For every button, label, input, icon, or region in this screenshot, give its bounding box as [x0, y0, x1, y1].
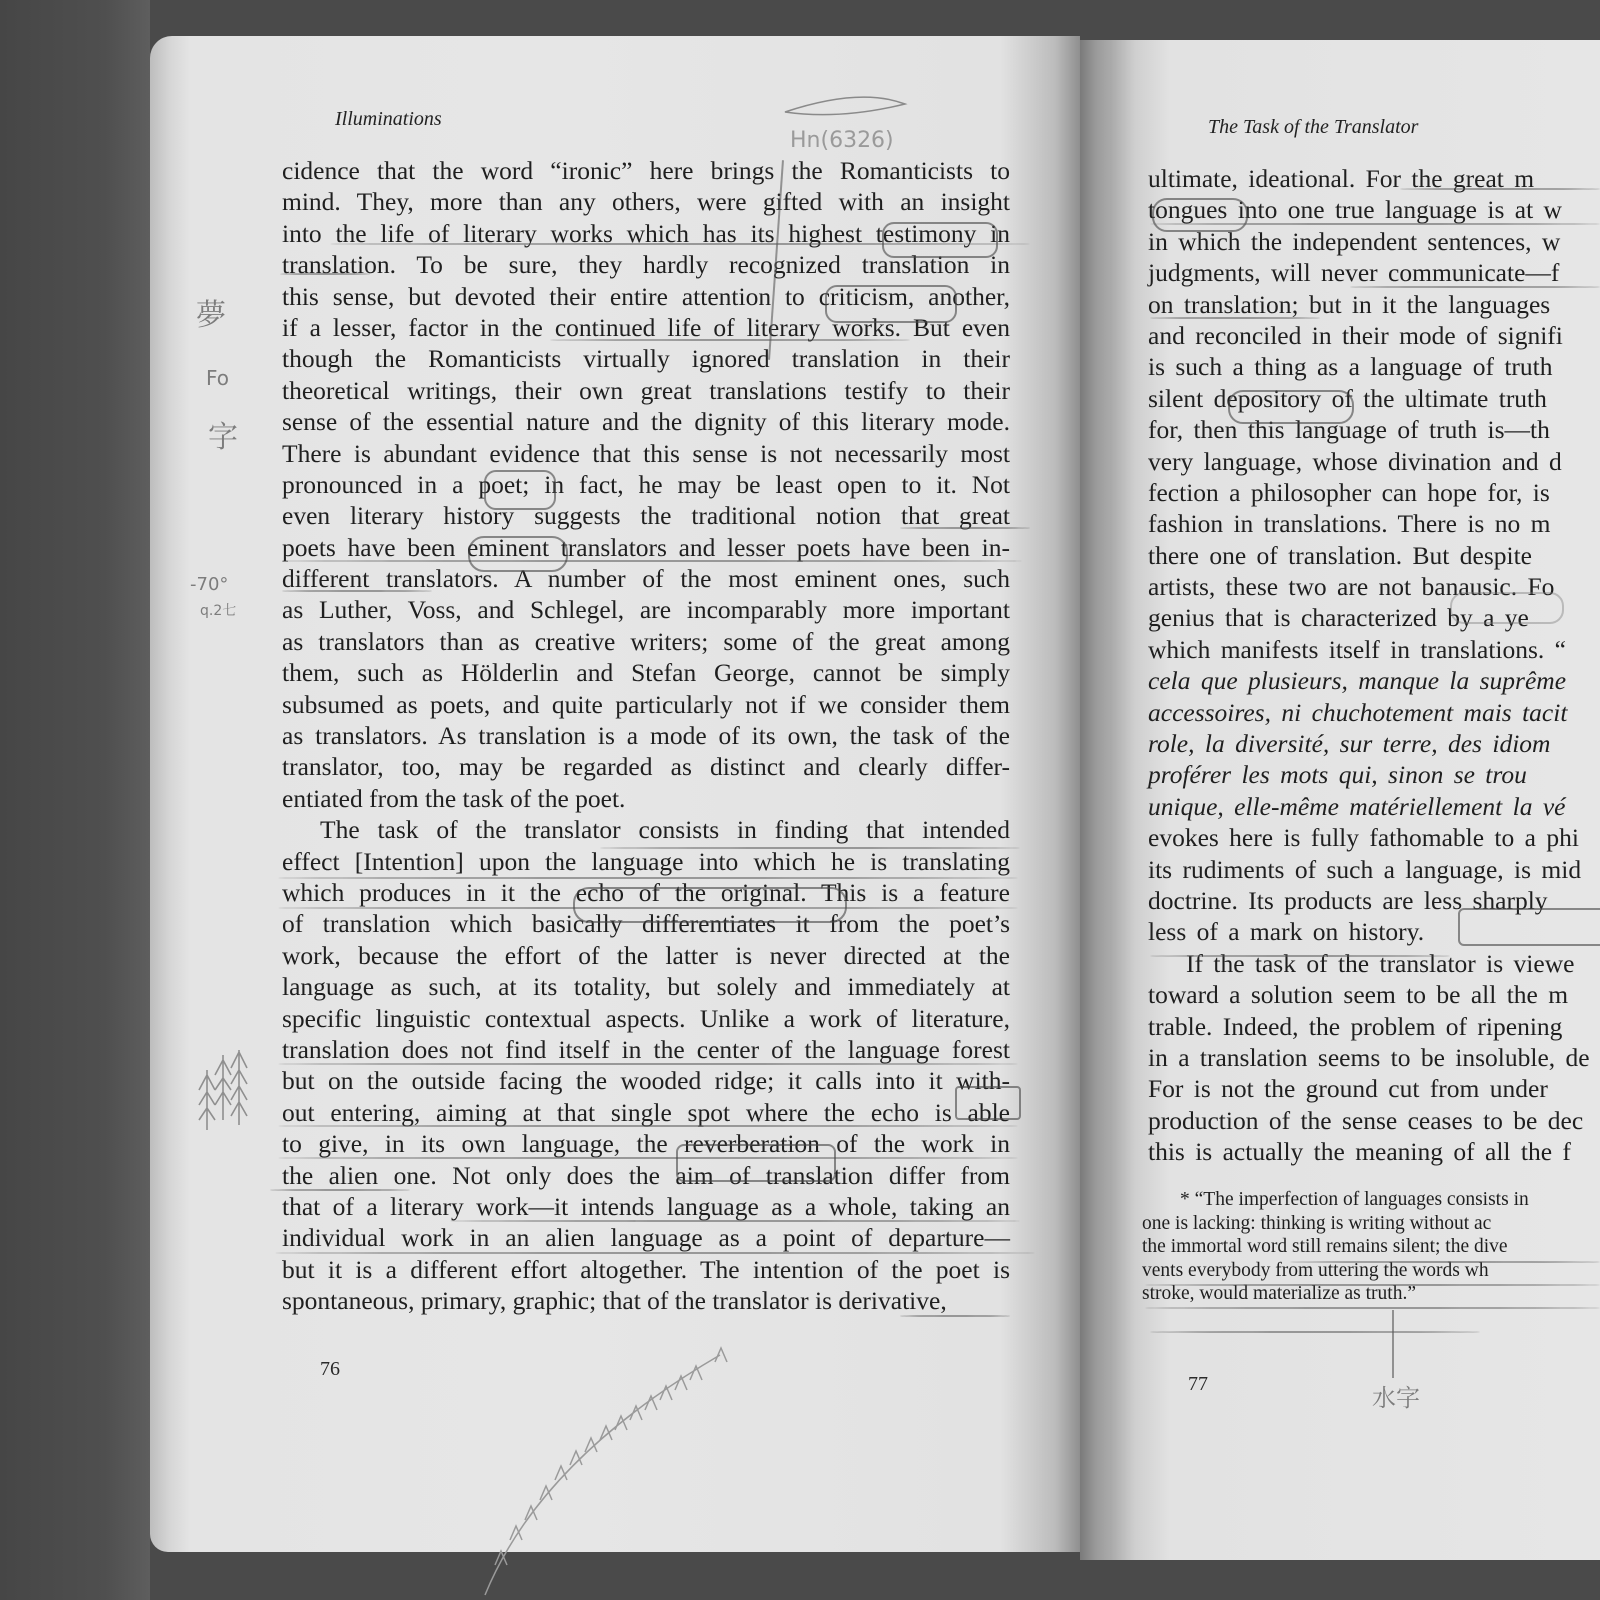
text-line: language as such, at its totality, but s… [282, 971, 1010, 1002]
text-line: and reconciled in their mode of signifi [1148, 320, 1600, 351]
pencil-underline [1400, 188, 1600, 190]
pencil-underline [1145, 1307, 1600, 1309]
text-line: The task of the translator consists in f… [282, 814, 1010, 845]
pencil-box-less-sharply [1458, 908, 1600, 946]
text-line: theoretical writings, their own great tr… [282, 375, 1010, 406]
pencil-underline [1150, 955, 1450, 957]
pencil-circle-echo [573, 887, 847, 923]
text-line: there one of translation. But despite [1148, 540, 1600, 571]
text-line: spontaneous, primary, graphic; that of t… [282, 1285, 1010, 1316]
text-line: proférer les mots qui, sinon se trou [1148, 759, 1600, 790]
margin-note-bottom-right: 水字 [1372, 1378, 1420, 1413]
pencil-underline [278, 1157, 1018, 1159]
text-line: out entering, aiming at that single spot… [282, 1097, 1010, 1128]
left-running-head: Illuminations [335, 108, 442, 131]
pencil-underline [1145, 1284, 1600, 1286]
text-line: that of a literary work—it intends langu… [282, 1191, 1010, 1222]
text-line: very language, whose divination and d [1148, 446, 1600, 477]
pencil-underline [1150, 223, 1600, 225]
pencil-underline [278, 877, 1018, 879]
text-line: If the task of the translator is viewe [1148, 948, 1600, 979]
text-line: this is actually the meaning of all the … [1148, 1136, 1600, 1167]
text-line: as Luther, Voss, and Schlegel, are incom… [282, 594, 1010, 625]
right-page-text: ultimate, ideational. For the great mton… [1148, 163, 1600, 1168]
text-line: as translators. As translation is a mode… [282, 720, 1010, 751]
pencil-circle-eminent [468, 536, 568, 572]
text-line: judgments, will never communicate—f [1148, 257, 1600, 288]
pencil-circle-testimony [882, 222, 998, 258]
margin-note-1: 夢 [196, 290, 226, 334]
text-line: There is abundant evidence that this sen… [282, 438, 1010, 469]
pencil-trees-margin-icon [195, 1040, 255, 1150]
text-line: unique, elle-même matériellement la vé [1148, 791, 1600, 822]
text-line: entiated from the task of the poet. [282, 783, 1010, 814]
right-page-footnote: * “The imperfection of languages consist… [1142, 1188, 1600, 1306]
pencil-underline [900, 1315, 1010, 1317]
text-line: production of the sense ceases to be dec [1148, 1105, 1600, 1136]
text-line: accessoires, ni chuchotement mais tacit [1148, 697, 1600, 728]
text-line: subsumed as poets, and quite particularl… [282, 689, 1010, 720]
pencil-circle-banausic [1450, 592, 1564, 624]
text-line: toward a solution seem to be all the m [1148, 979, 1600, 1010]
text-line: its rudiments of such a language, is mid [1148, 854, 1600, 885]
pencil-underline [450, 1220, 1020, 1222]
text-line: cela que plusieurs, manque la suprême [1148, 665, 1600, 696]
pencil-underline [550, 339, 910, 341]
text-line: for, then this language of truth is—th [1148, 414, 1600, 445]
text-line: evokes here is fully fathomable to a phi [1148, 822, 1600, 853]
text-line: in a translation seems to be insoluble, … [1148, 1042, 1600, 1073]
margin-note-2: Fo [206, 366, 229, 390]
text-line: translation does not find itself in the … [282, 1034, 1010, 1065]
pencil-circle-criticism [825, 285, 957, 323]
pencil-sketch-top-icon: Hn(6326) [780, 92, 980, 152]
left-page-number: 76 [320, 1358, 340, 1381]
margin-note-3: 字 [208, 412, 238, 456]
text-line: translator, too, may be regarded as dist… [282, 751, 1010, 782]
text-line: but it is a different effort altogether.… [282, 1254, 1010, 1285]
text-line: work, because the effort of the latter i… [282, 940, 1010, 971]
text-line: which manifests itself in translations. … [1148, 634, 1600, 665]
pencil-underline [282, 590, 432, 592]
text-line: fashion in translations. There is no m [1148, 508, 1600, 539]
pencil-underline [900, 527, 1030, 529]
text-line: but on the outside facing the wooded rid… [282, 1065, 1010, 1096]
text-line: specific linguistic contextual aspects. … [282, 1003, 1010, 1034]
margin-note-4: -70° [190, 574, 228, 595]
pencil-box-reverberation [676, 1144, 836, 1182]
pencil-underline [278, 1063, 1018, 1065]
margin-note-5: q.2七 [200, 600, 236, 620]
text-line: though the Romanticists virtually ignore… [282, 343, 1010, 374]
right-running-head: The Task of the Translator [1208, 116, 1418, 139]
pencil-underline [282, 560, 1022, 562]
text-line: pronounced in a poet; in fact, he may be… [282, 469, 1010, 500]
pencil-underline [1350, 286, 1600, 288]
text-line: cidence that the word “ironic” here brin… [282, 155, 1010, 186]
scanner-background [0, 0, 150, 1600]
text-line: on translation; but in it the languages [1148, 289, 1600, 320]
pencil-trees-slope-icon [480, 1340, 760, 1600]
pencil-underline [1290, 1261, 1600, 1263]
pencil-underline [275, 1252, 1035, 1254]
text-line: them, such as Hölderlin and Stefan Georg… [282, 657, 1010, 688]
pencil-circle-tongues [1152, 198, 1248, 232]
pencil-box-without [955, 1086, 1021, 1120]
text-line: to give, in its own language, the reverb… [282, 1128, 1010, 1159]
text-line: one is lacking: thinking is writing with… [1142, 1212, 1600, 1236]
text-line: effect [Intention] upon the language int… [282, 846, 1010, 877]
text-line: fection a philosopher can hope for, is [1148, 477, 1600, 508]
pencil-underline [1150, 317, 1320, 319]
text-line: For is not the ground cut from under [1148, 1073, 1600, 1104]
pencil-circle-poet [484, 470, 556, 510]
right-page-number: 77 [1188, 1373, 1208, 1396]
text-line: mind. They, more than any others, were g… [282, 186, 1010, 217]
text-line: role, la diversité, sur terre, des idiom [1148, 728, 1600, 759]
pencil-circle-depository [1228, 390, 1354, 424]
text-line: the alien one. Not only does the aim of … [282, 1160, 1010, 1191]
pencil-underline [600, 847, 1020, 849]
text-line: the immortal word still remains silent; … [1142, 1235, 1600, 1259]
pencil-underline [270, 1189, 410, 1191]
text-line: sense of the essential nature and the di… [282, 406, 1010, 437]
pencil-underline [280, 273, 370, 275]
svg-text:Hn(6326): Hn(6326) [790, 128, 894, 152]
text-line: is such a thing as a language of truth [1148, 351, 1600, 382]
text-line: as translators than as creative writers;… [282, 626, 1010, 657]
pencil-underline [1150, 1331, 1480, 1333]
text-line: individual work in an alien language as … [282, 1222, 1010, 1253]
text-line: * “The imperfection of languages consist… [1142, 1188, 1600, 1212]
text-line: silent depository of the ultimate truth [1148, 383, 1600, 414]
left-page-text: cidence that the word “ironic” here brin… [282, 155, 1010, 1316]
pencil-underline [278, 1125, 1018, 1127]
text-line: poets have been eminent translators and … [282, 532, 1010, 563]
pencil-vertical-line [1392, 1310, 1394, 1378]
text-line: trable. Indeed, the problem of ripening [1148, 1011, 1600, 1042]
